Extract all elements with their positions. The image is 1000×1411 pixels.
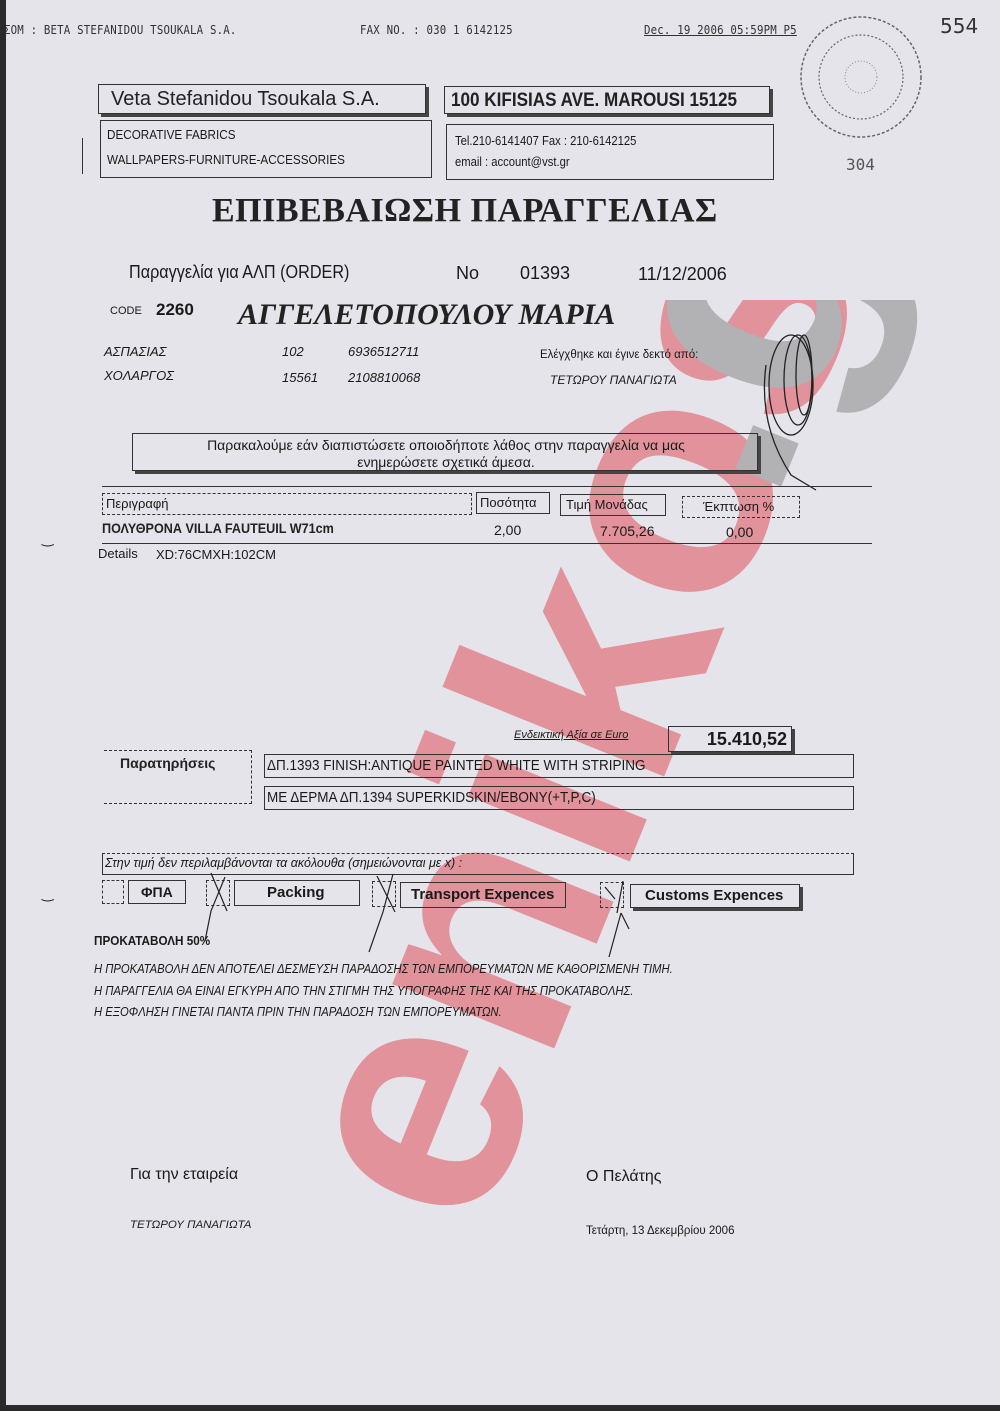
exclusion-vat: ΦΠΑ [128, 880, 186, 904]
header-quantity: Ποσότητα [476, 492, 550, 514]
company-phone-fax: Tel.210-6141407 Fax : 210-6142125 [455, 134, 636, 148]
customer-postal-code: 15561 [282, 370, 318, 385]
company-address-box: 100 KIFISIAS AVE. MAROUSI 15125 [444, 86, 770, 114]
terms-line-1: Η ΠΡΟΚΑΤΑΒΟΛΗ ΔΕΝ ΑΠΟΤΕΛΕΙ ΔΕΣΜΕΥΣΗ ΠΑΡΑ… [94, 962, 673, 976]
customer-city: ΧΟΛΑΡΓΟΣ [104, 368, 174, 383]
total-box: 15.410,52 [668, 726, 792, 752]
exclusion-packing-label: Packing [267, 884, 325, 901]
customer-phone-1: 6936512711 [348, 344, 419, 359]
exclusions-label-box: Στην τιμή δεν περιλαμβάνονται τα ακόλουθ… [102, 853, 854, 875]
company-name-box: Veta Stefanidou Tsoukala S.A. [98, 84, 426, 114]
details-value: XD:76CMXH:102CM [156, 547, 276, 562]
official-stamp: 304 [796, 12, 926, 142]
fax-datetime: Dec. 19 2006 05:59PM P5 [644, 22, 797, 37]
terms-line-3: Η ΕΞΟΦΛΗΣΗ ΓΙΝΕΤΑΙ ΠΑΝΤΑ ΠΡΙΝ ΤΗΝ ΠΑΡΑΔΟ… [94, 1005, 502, 1019]
order-number: 01393 [520, 263, 570, 284]
checkbox-vat[interactable] [102, 880, 124, 904]
notice-line-1: Παρακαλούμε εάν διαπιστώσετε οποιοδήποτε… [133, 437, 759, 453]
exclusion-vat-label: ΦΠΑ [141, 884, 173, 900]
order-date: 11/12/2006 [638, 264, 727, 285]
margin-tick: ‿ [42, 885, 53, 902]
checkmark-x-icon [373, 882, 397, 908]
order-no-label: No [456, 263, 479, 284]
checkmark-slash-icon [601, 883, 625, 909]
code-label: CODE [110, 305, 142, 317]
deposit-label-text: ΠΡΟΚΑΤΑΒΟΛΗ [94, 933, 184, 948]
header-discount-label: Έκπτωση % [703, 499, 774, 514]
customer-street-no: 102 [282, 344, 304, 359]
handwritten-number: 554 [940, 14, 978, 38]
customer-name: ΑΓΓΕΛΕΤΟΠΟΥΛΟΥ ΜΑΡΙΑ [238, 298, 615, 332]
customer-phone-2: 2108810068 [348, 370, 420, 385]
deposit-value: 50% [187, 933, 210, 948]
checkbox-transport[interactable] [372, 881, 396, 907]
company-contact-box: Tel.210-6141407 Fax : 210-6142125 email … [446, 124, 774, 180]
row-description: ΠΟΛΥΘΡΟΝΑ VILLA FAUTEUIL W71cm [102, 520, 334, 536]
row-discount: 0,00 [726, 524, 753, 540]
exclusions-label: Στην τιμή δεν περιλαμβάνονται τα ακόλουθ… [105, 856, 462, 870]
remarks-label: Παρατηρήσεις [120, 755, 215, 771]
company-name: Veta Stefanidou Tsoukala S.A. [111, 88, 380, 111]
exclusion-customs: Customs Expences [630, 884, 800, 908]
checked-by-name: ΤΕΤΩΡΟΥ ΠΑΝΑΓΙΩΤΑ [550, 373, 677, 387]
remarks-line-1-box: ΔΠ.1393 FINISH:ANTIQUE PAINTED WHITE WIT… [264, 754, 854, 778]
company-activity-1: DECORATIVE FABRICS [107, 127, 236, 142]
fax-number: FAX NO. : 030 1 6142125 [360, 22, 513, 37]
document-title: ΕΠΙΒΕΒΑΙΩΣΗ ΠΑΡΑΓΓΕΛΙΑΣ [212, 192, 718, 230]
exclusion-customs-label: Customs Expences [645, 887, 783, 904]
company-email: email : account@vst.gr [455, 155, 570, 169]
table-bottom-rule [102, 543, 872, 544]
notice-box: Παρακαλούμε εάν διαπιστώσετε οποιοδήποτε… [132, 433, 758, 471]
deposit-label: ΠΡΟΚΑΤΑΒΟΛΗ 50% [94, 933, 210, 948]
customer-street: ΑΣΠΑΣΙΑΣ [104, 344, 166, 359]
company-signature-label: Για την εταιρεία [130, 1166, 238, 1184]
table-top-rule [102, 486, 872, 487]
company-address: 100 KIFISIAS AVE. MAROUSI 15125 [451, 90, 737, 112]
row-quantity: 2,00 [494, 522, 521, 538]
order-label: Παραγγελία για ΑΛΠ (ORDER) [129, 262, 349, 283]
signature-icon [756, 325, 836, 495]
company-activity-2: WALLPAPERS-FURNITURE-ACCESSORIES [107, 152, 345, 167]
svg-text:304: 304 [846, 155, 875, 172]
client-signature-label: Ο Πελάτης [586, 1168, 662, 1186]
fax-from: ΣΟΜ : BETA STEFANIDOU TSOUKALA S.A. [6, 22, 237, 37]
exclusion-transport-label: Transport Expences [411, 886, 554, 903]
checkmark-x-icon [207, 881, 231, 907]
header-description-label: Περιγραφή [106, 496, 169, 511]
margin-tick: ‿ [42, 530, 53, 547]
header-quantity-label: Ποσότητα [480, 495, 537, 510]
total-label: Ενδεικτική Αξία σε Euro [514, 729, 628, 741]
signature-scribble [756, 325, 836, 495]
row-unit-price: 7.705,26 [600, 523, 655, 539]
header-description: Περιγραφή [102, 493, 472, 515]
client-date: Τετάρτη, 13 Δεκεμβρίου 2006 [586, 1225, 734, 1237]
header-discount: Έκπτωση % [682, 496, 800, 518]
details-label: Details [98, 546, 138, 561]
remarks-line-2: ΜΕ ΔΕΡΜΑ ΔΠ.1394 SUPERKIDSKIN/EBONY(+T,P… [267, 789, 596, 806]
header-unit-price: Τιμή Μονάδας [560, 494, 666, 516]
remarks-line-2-box: ΜΕ ΔΕΡΜΑ ΔΠ.1394 SUPERKIDSKIN/EBONY(+T,P… [264, 786, 854, 810]
checkbox-packing[interactable] [206, 880, 230, 906]
margin-mark [82, 138, 83, 174]
exclusion-packing: Packing [234, 880, 360, 906]
terms-line-2: Η ΠΑΡΑΓΓΕΛΙΑ ΘΑ ΕΙΝΑΙ ΕΓΚΥΡΗ ΑΠΟ ΤΗΝ ΣΤΙ… [94, 984, 633, 998]
notice-line-2: ενημερώσετε σχετικά άμεσα. [133, 454, 759, 470]
document-page: enikos .gr ΣΟΜ : BETA STEFANIDOU TSOUKAL… [6, 0, 1000, 1405]
stamp-icon: 304 [796, 12, 926, 172]
checkbox-customs[interactable] [600, 882, 624, 908]
customer-code: 2260 [156, 300, 194, 320]
company-signer: ΤΕΤΩΡΟΥ ΠΑΝΑΓΙΩΤΑ [130, 1219, 251, 1231]
company-activity-box: DECORATIVE FABRICS WALLPAPERS-FURNITURE-… [100, 120, 432, 178]
header-unit-price-label: Τιμή Μονάδας [566, 497, 648, 512]
total-value: 15.410,52 [707, 729, 787, 750]
remarks-label-box: Παρατηρήσεις [104, 750, 252, 804]
remarks-line-1: ΔΠ.1393 FINISH:ANTIQUE PAINTED WHITE WIT… [267, 757, 646, 774]
exclusion-transport: Transport Expences [400, 882, 566, 908]
checked-by-label: Ελέγχθηκε και έγινε δεκτό από: [540, 349, 698, 361]
